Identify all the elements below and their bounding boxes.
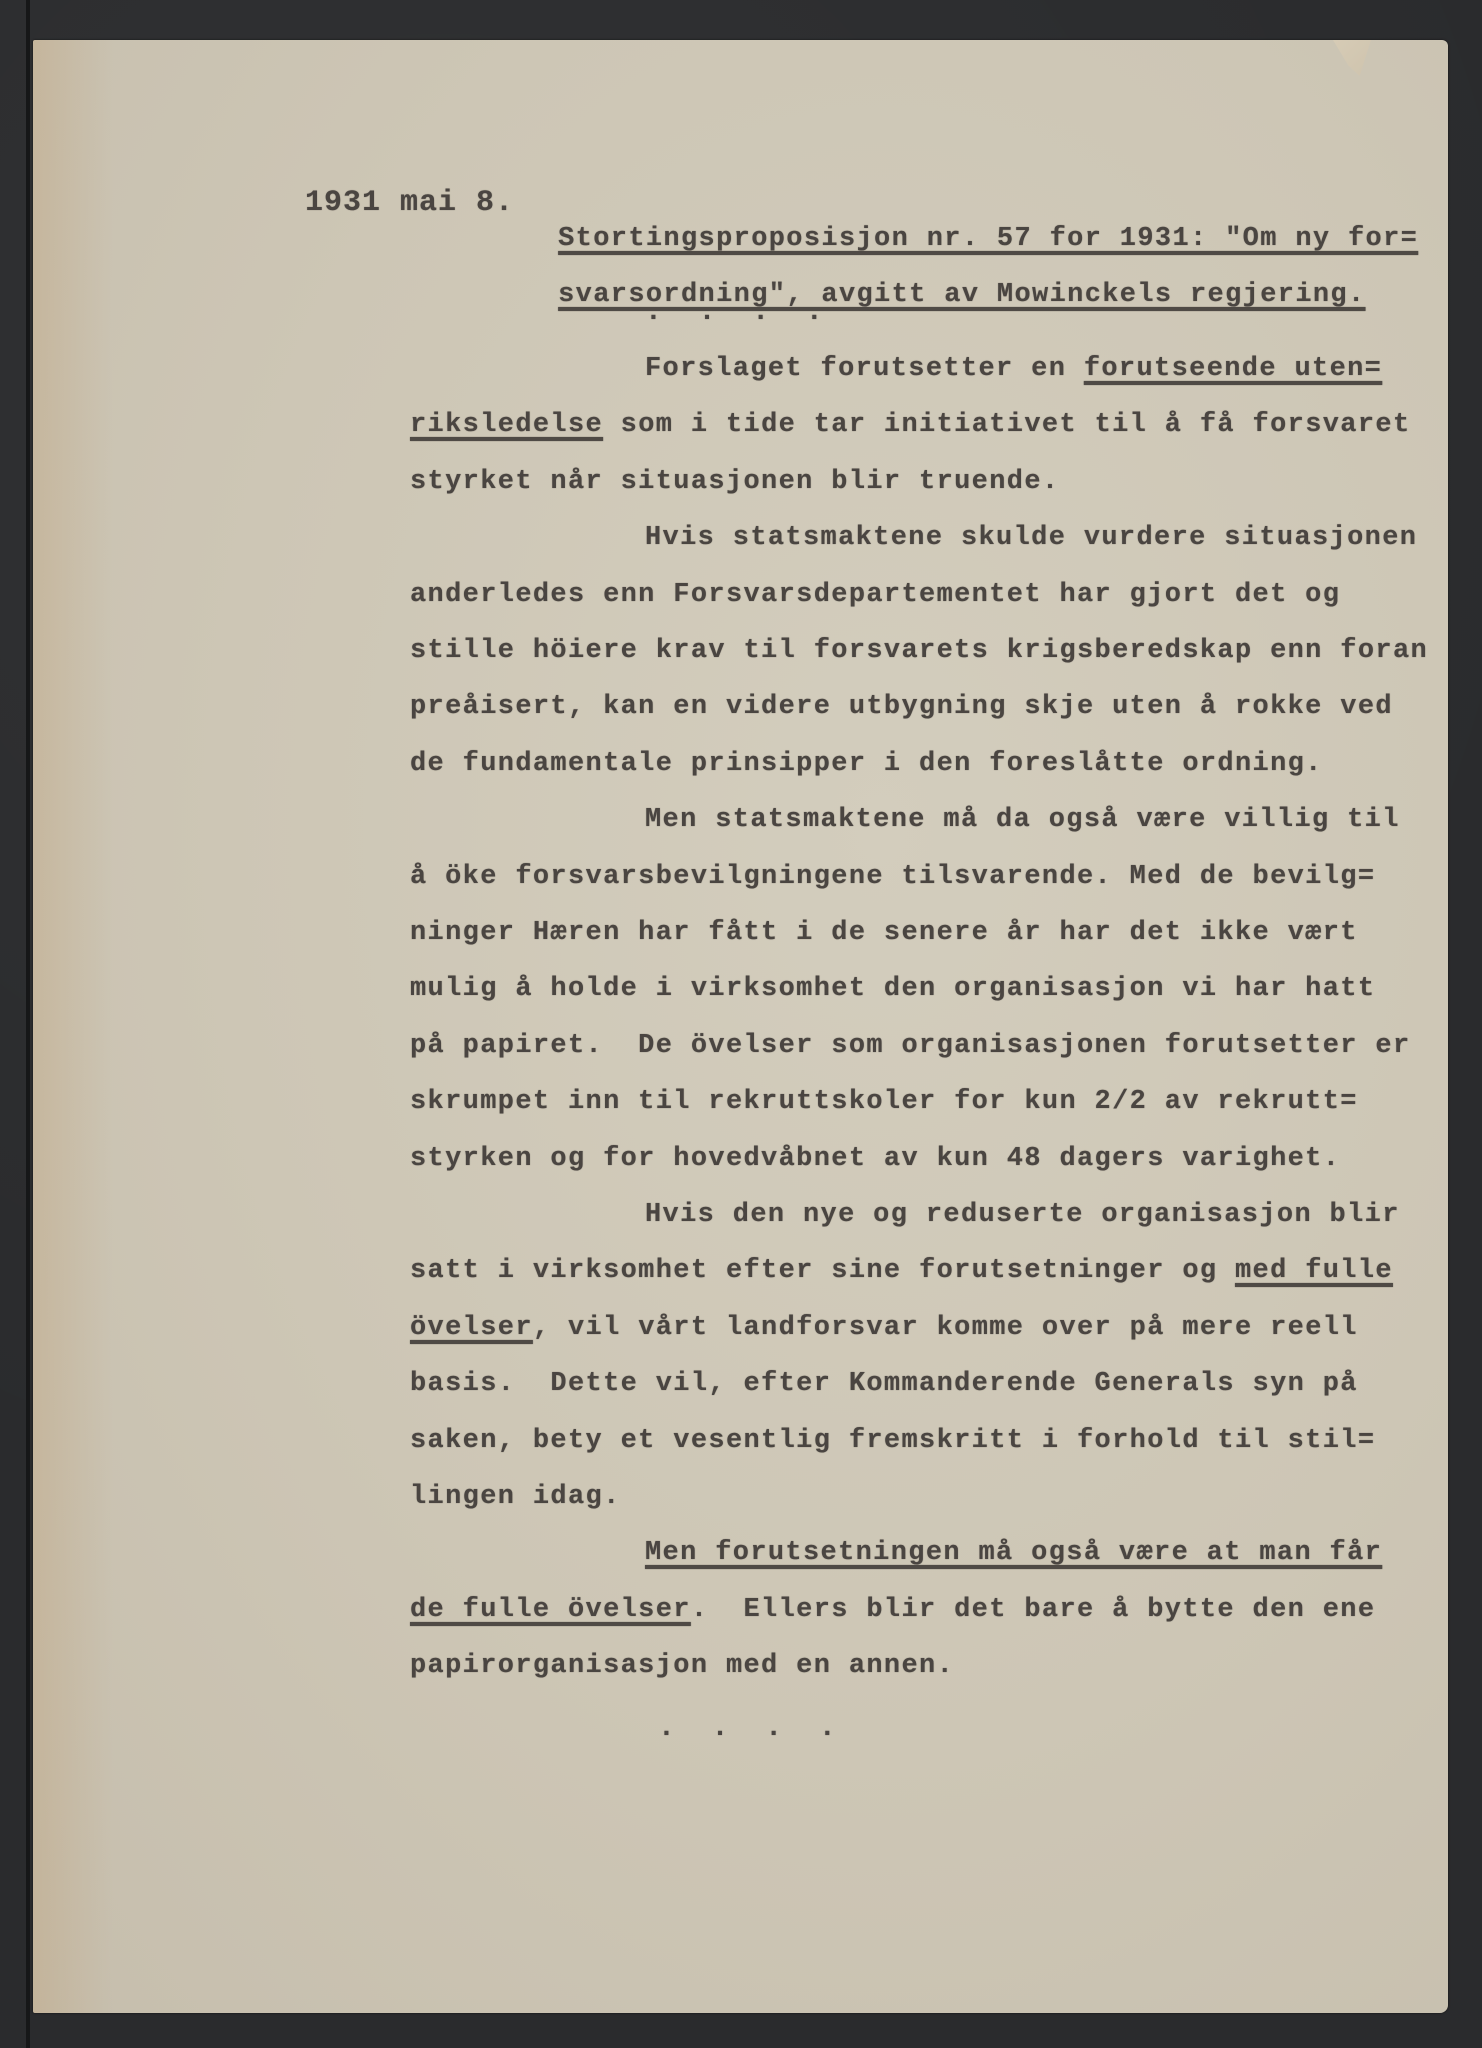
body-text: , vil vårt landforsvar komme over på mer… bbox=[533, 1313, 1358, 1343]
paragraph-3-line-3: ninger Hæren har fått i de senere år har… bbox=[410, 916, 1358, 950]
paragraph-4-line-2: satt i virksomhet efter sine forutsetnin… bbox=[410, 1254, 1393, 1288]
underlined-text: riksledelse bbox=[410, 410, 603, 440]
ellipsis-bottom: . . . . bbox=[658, 1712, 846, 1746]
body-text: stille höiere krav til forsvarets krigsb… bbox=[410, 636, 1428, 666]
paragraph-3-line-7: styrken og for hovedvåbnet av kun 48 dag… bbox=[410, 1142, 1340, 1176]
body-text: anderledes enn Forsvarsdepartementet har… bbox=[410, 580, 1340, 610]
body-text: ninger Hæren har fått i de senere år har… bbox=[410, 918, 1358, 948]
body-text: satt i virksomhet efter sine forutsetnin… bbox=[410, 1256, 1235, 1286]
body-text: skrumpet inn til rekruttskoler for kun 2… bbox=[410, 1087, 1358, 1117]
paragraph-2-line-4: preåisert, kan en videre utbygning skje … bbox=[410, 690, 1393, 724]
body-text: papirorganisasjon med en annen. bbox=[410, 1651, 954, 1681]
paragraph-2-line-3: stille höiere krav til forsvarets krigsb… bbox=[410, 634, 1428, 668]
body-text: de fundamentale prinsipper i den foreslå… bbox=[410, 749, 1323, 779]
paragraph-4-line-5: saken, bety et vesentlig fremskritt i fo… bbox=[410, 1424, 1375, 1458]
paragraph-2-line-1: Hvis statsmaktene skulde vurdere situasj… bbox=[645, 521, 1417, 555]
paragraph-1-line-1: Forslaget forutsetter en forutseende ute… bbox=[645, 352, 1382, 386]
body-text: som i tide tar initiativet til å få fors… bbox=[603, 410, 1410, 440]
body-text: saken, bety et vesentlig fremskritt i fo… bbox=[410, 1426, 1375, 1456]
underlined-text: med fulle bbox=[1235, 1256, 1393, 1286]
paragraph-4-line-6: lingen idag. bbox=[410, 1480, 621, 1514]
underlined-text: Men forutsetningen må også være at man f… bbox=[645, 1538, 1382, 1568]
paper-tear bbox=[1333, 40, 1371, 76]
body-text: å öke forsvarsbevilgningene tilsvarende.… bbox=[410, 862, 1375, 892]
paragraph-3-line-6: skrumpet inn til rekruttskoler for kun 2… bbox=[410, 1085, 1358, 1119]
body-text: Forslaget forutsetter en bbox=[645, 354, 1084, 384]
paragraph-3-line-1: Men statsmaktene må da også være villig … bbox=[645, 803, 1400, 837]
paragraph-1-line-3: styrket når situasjonen blir truende. bbox=[410, 465, 1059, 499]
body-text: på papiret. De övelser som organisasjone… bbox=[410, 1031, 1411, 1061]
paragraph-1-line-2: riksledelse som i tide tar initiativet t… bbox=[410, 408, 1411, 442]
paragraph-5-line-1: Men forutsetningen må også være at man f… bbox=[645, 1536, 1382, 1570]
underlined-text: forutseende uten= bbox=[1084, 354, 1382, 384]
body-text: . Ellers blir det bare å bytte den ene bbox=[691, 1595, 1376, 1625]
body-text: Hvis den nye og reduserte organisasjon b… bbox=[645, 1200, 1400, 1230]
body-text: basis. Dette vil, efter Kommanderende Ge… bbox=[410, 1369, 1358, 1399]
body-text: styrken og for hovedvåbnet av kun 48 dag… bbox=[410, 1144, 1340, 1174]
body-text: styrket når situasjonen blir truende. bbox=[410, 467, 1059, 497]
mount-edge bbox=[26, 0, 30, 2048]
paragraph-3-line-2: å öke forsvarsbevilgningene tilsvarende.… bbox=[410, 860, 1375, 894]
paragraph-3-line-5: på papiret. De övelser som organisasjone… bbox=[410, 1029, 1411, 1063]
paragraph-4-line-3: övelser, vil vårt landforsvar komme over… bbox=[410, 1311, 1358, 1345]
paragraph-2-line-5: de fundamentale prinsipper i den foreslå… bbox=[410, 747, 1323, 781]
paragraph-3-line-4: mulig å holde i virksomhet den organisas… bbox=[410, 972, 1375, 1006]
paragraph-2-line-2: anderledes enn Forsvarsdepartementet har… bbox=[410, 578, 1340, 612]
paragraph-5-line-3: papirorganisasjon med en annen. bbox=[410, 1649, 954, 1683]
paragraph-4-line-1: Hvis den nye og reduserte organisasjon b… bbox=[645, 1198, 1400, 1232]
paragraph-4-line-4: basis. Dette vil, efter Kommanderende Ge… bbox=[410, 1367, 1358, 1401]
document-date: 1931 mai 8. bbox=[305, 186, 514, 220]
body-text: Hvis statsmaktene skulde vurdere situasj… bbox=[645, 523, 1417, 553]
paragraph-5-line-2: de fulle övelser. Ellers blir det bare å… bbox=[410, 1593, 1375, 1627]
body-text: mulig å holde i virksomhet den organisas… bbox=[410, 974, 1375, 1004]
underlined-text: övelser bbox=[410, 1313, 533, 1343]
body-text: preåisert, kan en videre utbygning skje … bbox=[410, 692, 1393, 722]
underlined-text: de fulle övelser bbox=[410, 1595, 691, 1625]
body-text: lingen idag. bbox=[410, 1482, 621, 1512]
ellipsis-top: . . . . bbox=[645, 296, 833, 330]
body-text: Men statsmaktene må da også være villig … bbox=[645, 805, 1400, 835]
